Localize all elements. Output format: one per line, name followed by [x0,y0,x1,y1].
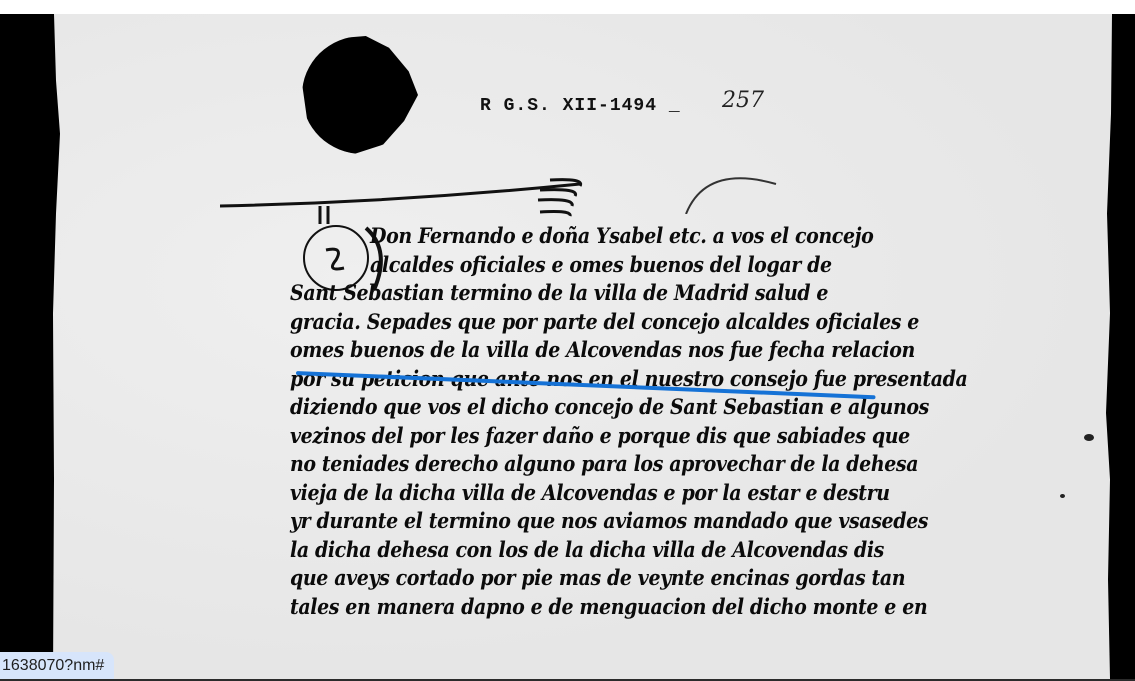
archive-reference-stamp: R G.S. XII-1494 _ [480,96,681,116]
ink-blot [1060,494,1065,498]
link-status-bar: 1638070?nm# [0,652,114,680]
ink-blot [1084,434,1094,441]
scan-left-edge [26,14,66,679]
manuscript-line: Sant Sebastian termino de la villa de Ma… [290,277,880,310]
folio-number: 257 [722,88,764,113]
manuscript-line: que aveys cortado por pie mas de veynte … [290,562,880,595]
manuscript-line: Don Fernando e doña Ysabel etc. a vos el… [290,220,880,253]
seal-hole [302,36,418,154]
manuscript-line: yr durante el termino que nos aviamos ma… [290,505,880,538]
scan-right-edge [1098,14,1122,679]
manuscript-line: no teniades derecho alguno para los apro… [290,448,880,481]
rubric-flourish [220,164,600,224]
marginal-flourish [666,154,786,214]
manuscript-line: tales en manera dapno e de menguacion de… [290,590,880,623]
manuscript-text: Don Fernando e doña Ysabel etc. a vos el… [290,222,880,621]
manuscript-line: omes buenos de la villa de Alcovendas no… [290,334,880,367]
